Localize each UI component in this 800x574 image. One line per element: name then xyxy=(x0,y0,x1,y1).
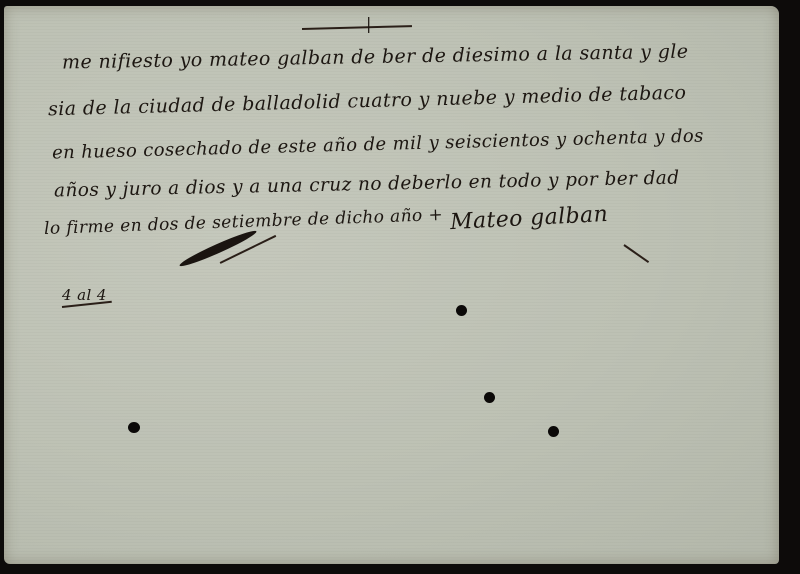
top-cross-mark: | xyxy=(366,14,371,33)
signature-flourish xyxy=(623,244,649,263)
paper-hole xyxy=(548,426,559,437)
signature: Mateo galban xyxy=(449,202,608,235)
top-rule-stroke xyxy=(302,25,412,30)
paper-hole xyxy=(128,422,140,433)
manuscript-line-4: años y juro a dios y a una cruz no deber… xyxy=(54,167,680,201)
manuscript-page: | me nifiesto yo mateo galban de ber de … xyxy=(4,6,779,564)
manuscript-line-1: me nifiesto yo mateo galban de ber de di… xyxy=(62,41,689,74)
paper-hole xyxy=(484,392,495,403)
manuscript-line-3: en hueso cosechado de este año de mil y … xyxy=(52,125,704,163)
paper-hole xyxy=(456,305,467,316)
manuscript-line-2: sia de la ciudad de balladolid cuatro y … xyxy=(48,82,687,121)
